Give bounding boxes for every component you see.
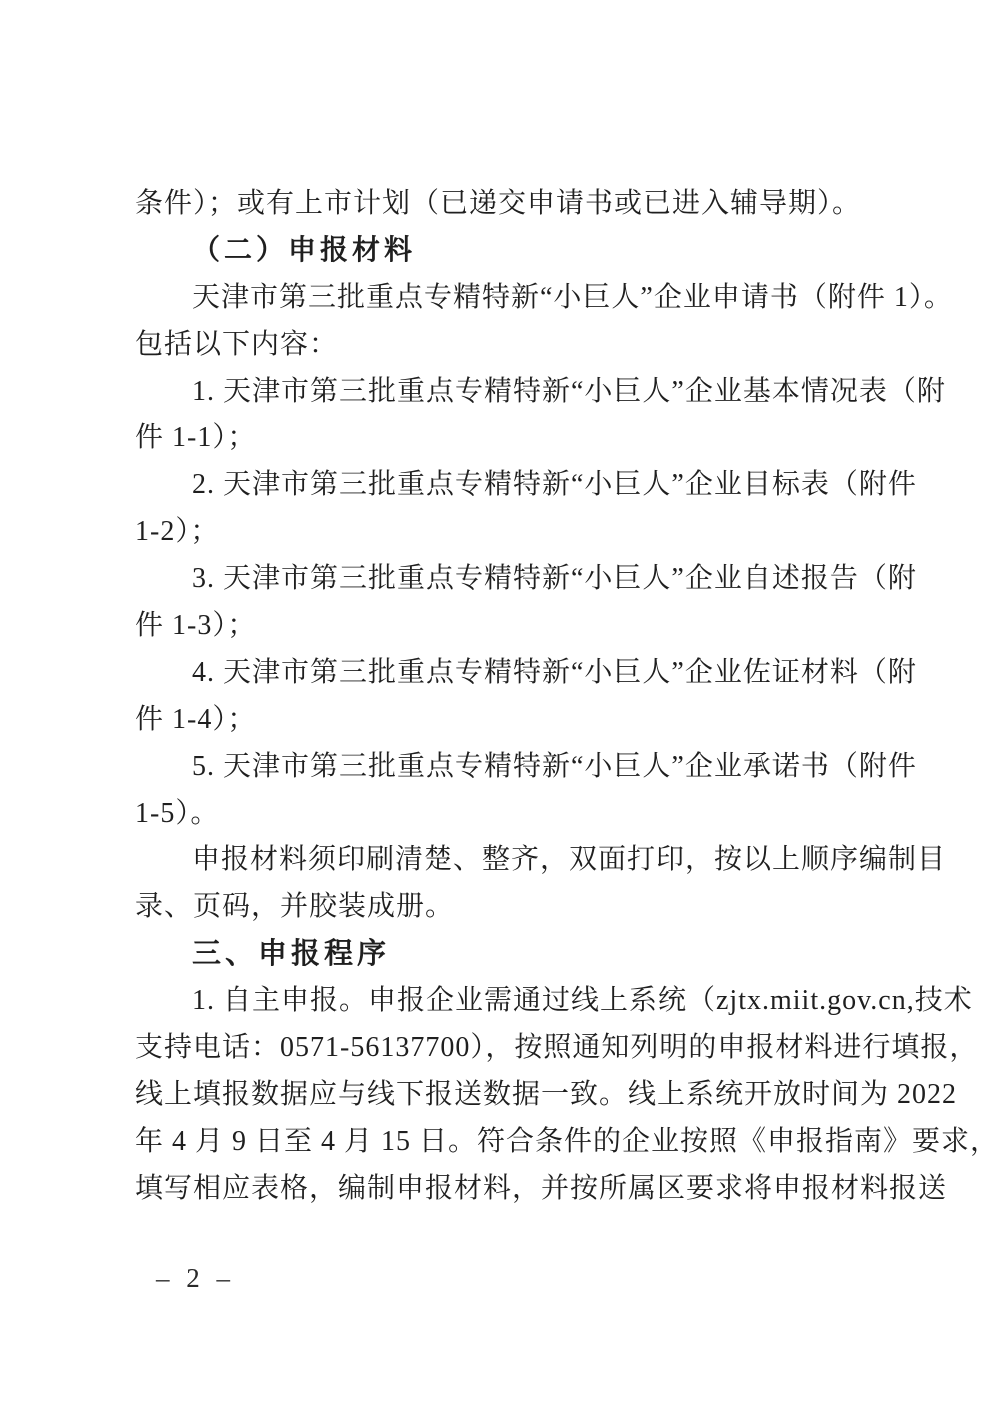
text-line: 填写相应表格，编制申报材料，并按所属区要求将申报材料报送 — [135, 1166, 883, 1213]
text-line: 包括以下内容： — [135, 322, 883, 369]
text-line: 年 4 月 9 日至 4 月 15 日。符合条件的企业按照《申报指南》要求， — [135, 1119, 883, 1166]
text-line: 1-5）。 — [135, 791, 883, 838]
subsection-heading-application-materials: （二）申报材料 — [135, 228, 883, 275]
list-item-1: 1. 天津市第三批重点专精特新“小巨人”企业基本情况表（附 — [135, 369, 883, 416]
section-heading-application-procedure: 三、申报程序 — [135, 931, 883, 978]
list-item-3: 3. 天津市第三批重点专精特新“小巨人”企业自述报告（附 — [135, 556, 883, 603]
document-body: 条件）；或有上市计划（已递交申请书或已进入辅导期）。 （二）申报材料 天津市第三… — [135, 181, 883, 1213]
list-item-2: 2. 天津市第三批重点专精特新“小巨人”企业目标表（附件 — [135, 462, 883, 509]
text-line: 件 1-3）； — [135, 603, 883, 650]
document-page: 条件）；或有上市计划（已递交申请书或已进入辅导期）。 （二）申报材料 天津市第三… — [0, 0, 1000, 1414]
list-item-4: 4. 天津市第三批重点专精特新“小巨人”企业佐证材料（附 — [135, 650, 883, 697]
text-line: 天津市第三批重点专精特新“小巨人”企业申请书（附件 1）。 — [135, 275, 883, 322]
text-line: 线上填报数据应与线下报送数据一致。线上系统开放时间为 2022 — [135, 1072, 883, 1119]
text-line: 1-2）； — [135, 509, 883, 556]
list-item-5: 5. 天津市第三批重点专精特新“小巨人”企业承诺书（附件 — [135, 744, 883, 791]
text-line: 件 1-4）； — [135, 697, 883, 744]
text-line: 条件）；或有上市计划（已递交申请书或已进入辅导期）。 — [135, 181, 883, 228]
text-line: 录、页码，并胶装成册。 — [135, 884, 883, 931]
text-line: 1. 自主申报。申报企业需通过线上系统（zjtx.miit.gov.cn,技术 — [135, 978, 883, 1025]
text-line: 件 1-1）； — [135, 415, 883, 462]
text-line: 申报材料须印刷清楚、整齐，双面打印，按以上顺序编制目 — [135, 837, 883, 884]
page-number: – 2 – — [156, 1258, 235, 1298]
text-line: 支持电话：0571-56137700），按照通知列明的申报材料进行填报， — [135, 1025, 883, 1072]
